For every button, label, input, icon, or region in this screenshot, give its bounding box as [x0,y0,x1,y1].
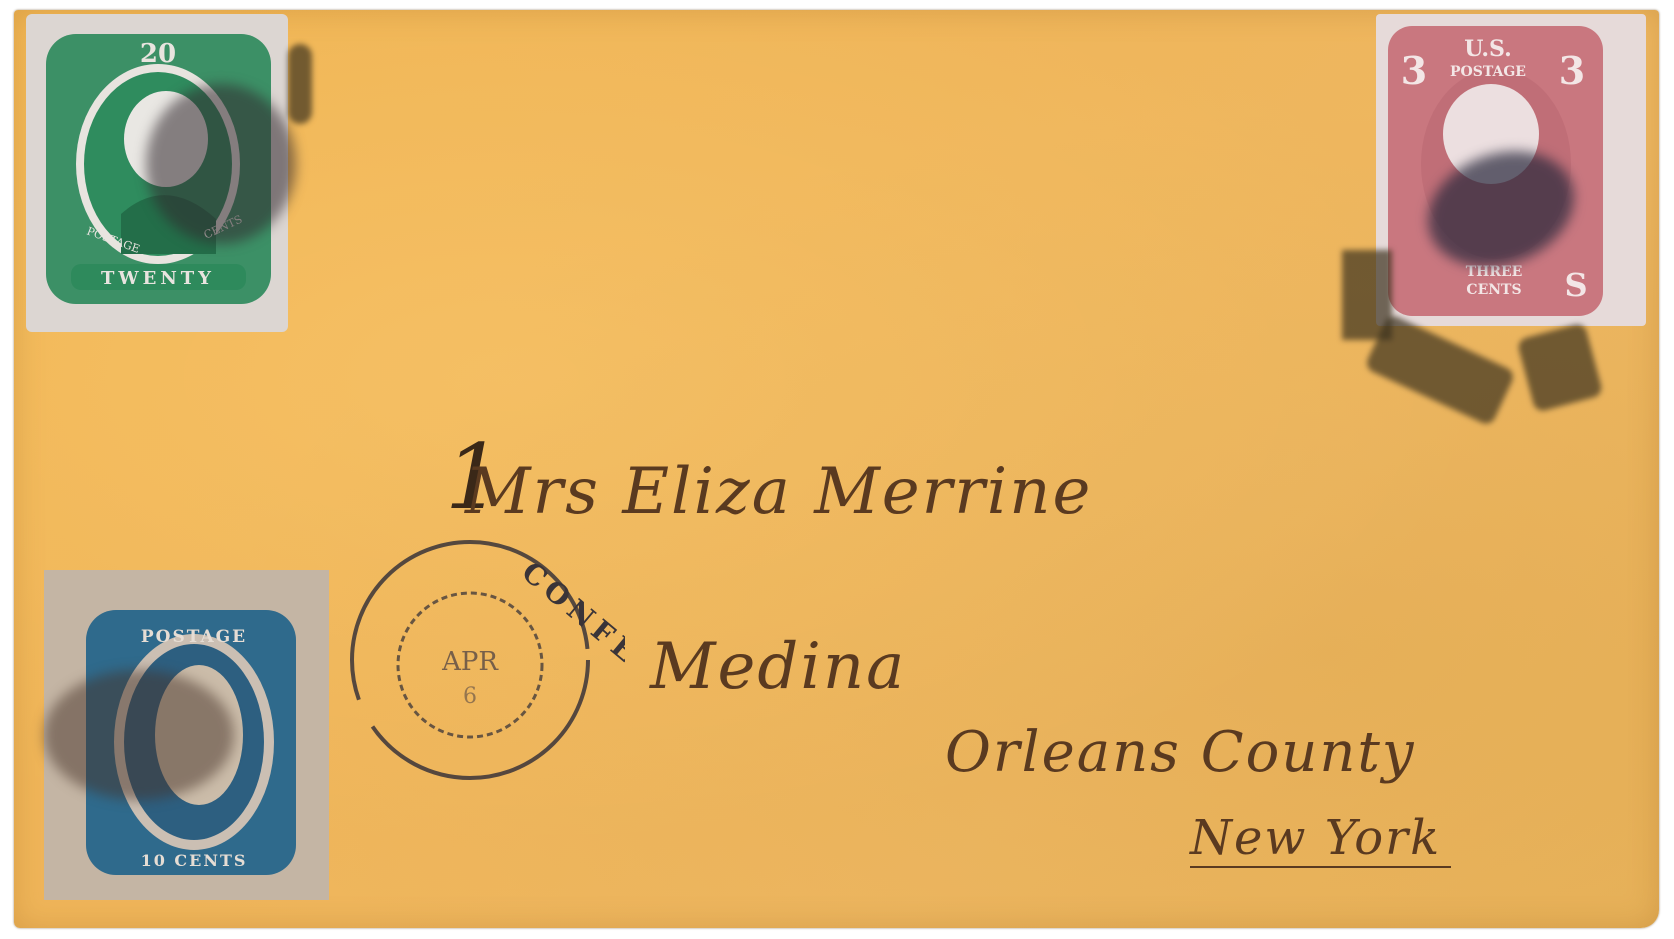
address-line-3: Orleans County [945,720,1416,785]
svg-text:10 CENTS: 10 CENTS [141,851,248,870]
svg-text:CENTS: CENTS [1466,282,1521,298]
address-line-2: Medina [650,630,906,704]
svg-text:U.S.: U.S. [1464,36,1512,62]
svg-text:CONFEDERATE: CONFEDERATE [516,555,625,780]
svg-text:TWENTY: TWENTY [101,268,215,289]
svg-text:20: 20 [140,39,176,69]
svg-text:6: 6 [463,684,477,709]
svg-text:3: 3 [1559,48,1585,93]
svg-text:3: 3 [1401,48,1427,93]
stamp-blue-10-cents: POSTAGE 10 CENTS [44,570,329,900]
svg-text:POSTAGE: POSTAGE [1450,64,1526,80]
svg-text:S: S [1564,266,1587,304]
stamp-rose-3-cents: U.S. POSTAGE 3 3 THREE CENTS S [1376,14,1646,326]
address-line-4: New York [1190,810,1451,868]
postmark: APR 6 CONFEDERATE [345,515,625,815]
address-line-1: Mrs Eliza Merrine [465,455,1092,529]
svg-text:APR: APR [441,647,499,677]
stamp-green-20-cents: 20 POSTAGE CENTS TWENTY [26,14,288,332]
svg-text:POSTAGE: POSTAGE [141,627,247,647]
